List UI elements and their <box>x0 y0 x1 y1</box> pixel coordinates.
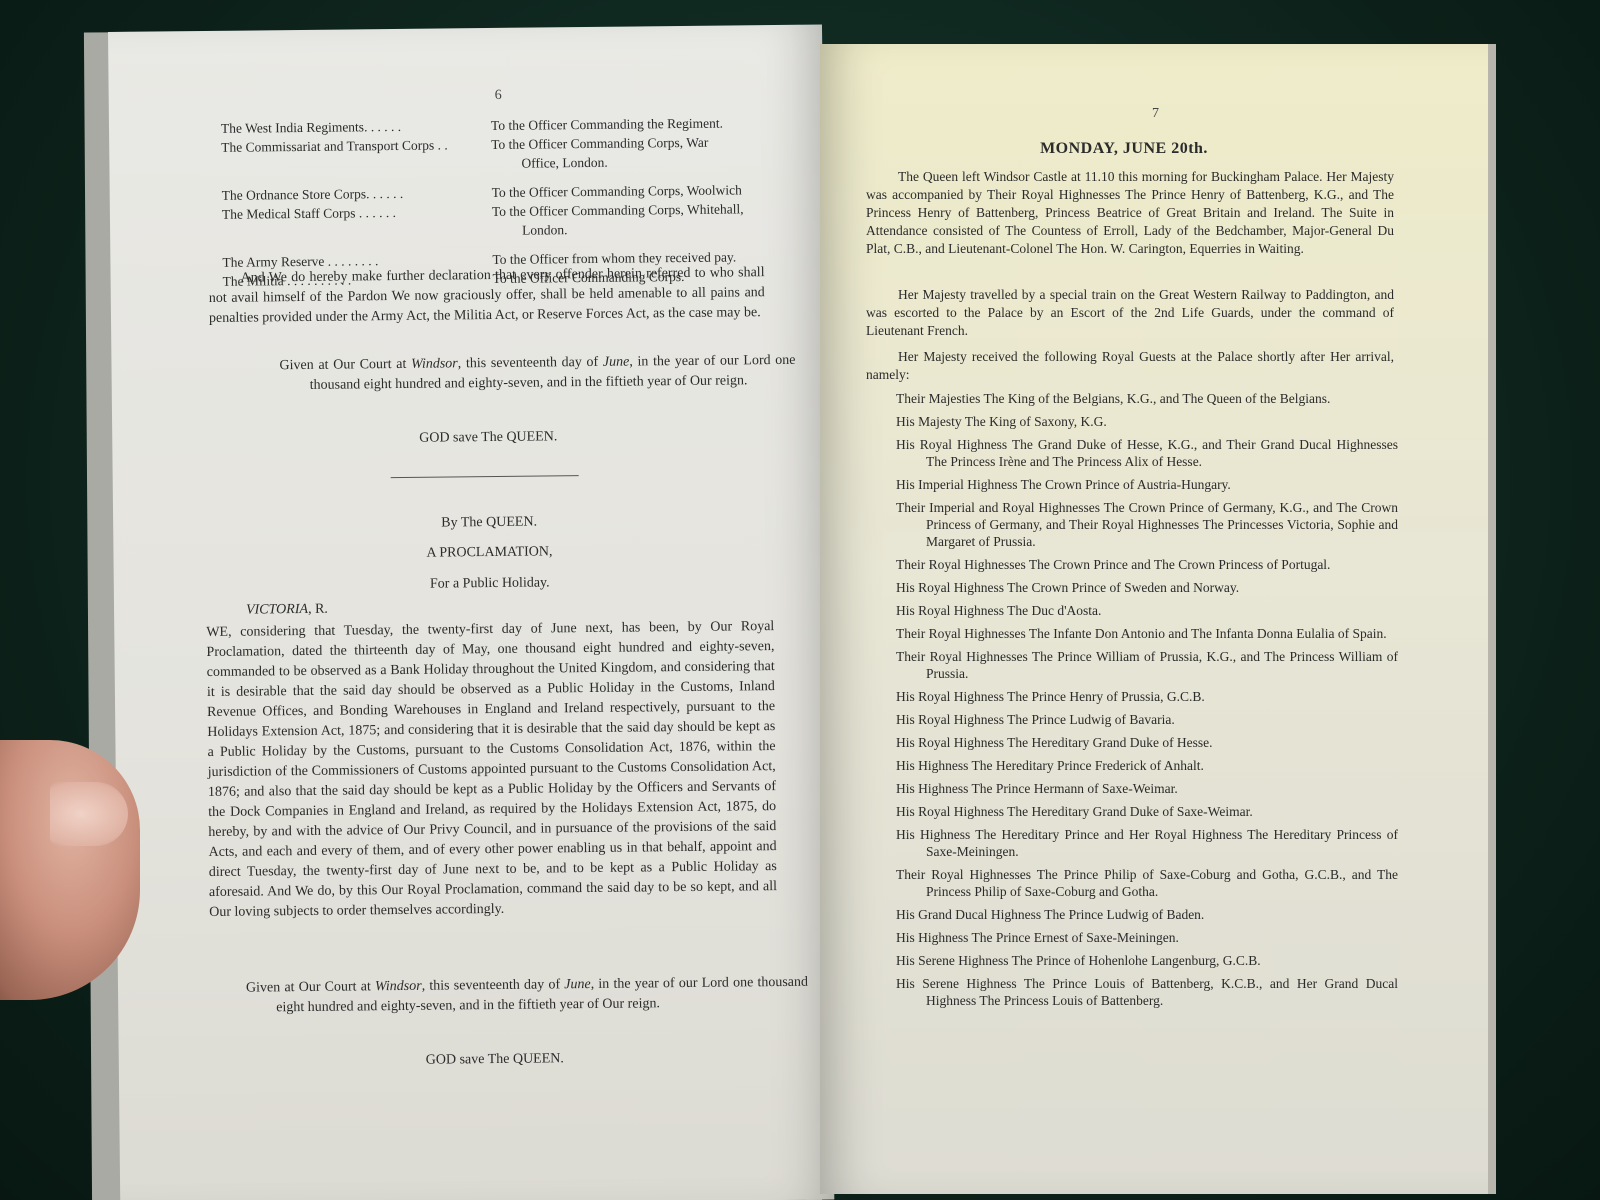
declaration-paragraph: And We do hereby make further declaratio… <box>208 263 765 329</box>
given-middle: , this seventeenth day of <box>422 977 565 993</box>
guests-intro-paragraph: Her Majesty received the following Royal… <box>866 348 1394 384</box>
guest-entry: His Royal Highness The Crown Prince of S… <box>896 579 1398 596</box>
given-middle: , this seventeenth day of <box>458 355 603 372</box>
signature-name: VICTORIA <box>246 602 308 618</box>
corps-address: To the Officer Commanding Corps, WarOffi… <box>491 132 773 173</box>
guest-entry: His Imperial Highness The Crown Prince o… <box>896 476 1398 493</box>
guest-entry: His Highness The Hereditary Prince Frede… <box>896 757 1398 774</box>
guest-entry: His Highness The Prince Ernest of Saxe-M… <box>896 929 1398 946</box>
page-number-left: 6 <box>495 88 502 104</box>
royal-guests-list: Their Majesties The King of the Belgians… <box>896 390 1398 1015</box>
corps-row: The Medical Staff Corps . . . . . . To t… <box>222 199 782 243</box>
left-page: 6 The West India Regiments. . . . . . To… <box>108 25 834 1200</box>
proclamation-subtitle: For a Public Holiday. <box>212 571 768 597</box>
guest-entry: His Serene Highness The Prince of Hohenl… <box>896 952 1398 969</box>
right-page: 7 MONDAY, JUNE 20th. The Queen left Wind… <box>820 44 1488 1194</box>
guest-entry: His Majesty The King of Saxony, K.G. <box>896 413 1398 430</box>
guest-entry: His Highness The Hereditary Prince and H… <box>896 826 1398 860</box>
given-month: June <box>603 355 630 370</box>
given-place: Windsor <box>411 356 458 371</box>
address-line: To the Officer Commanding Corps, War <box>491 135 708 152</box>
guest-entry: His Grand Ducal Highness The Prince Ludw… <box>896 906 1398 923</box>
section-divider <box>391 475 579 478</box>
address-continuation: Office, London. <box>491 151 773 173</box>
given-place: Windsor <box>375 979 422 994</box>
guest-entry: His Serene Highness The Prince Louis of … <box>896 975 1398 1009</box>
address-line: To the Officer Commanding the Regiment. <box>491 116 723 133</box>
guest-entry: His Royal Highness The Duc d'Aosta. <box>896 602 1398 619</box>
god-save-the-queen-2: GOD save The QUEEN. <box>217 1047 773 1073</box>
guest-entry: His Royal Highness The Hereditary Grand … <box>896 734 1398 751</box>
proclamation-body: WE, considering that Tuesday, the twenty… <box>206 617 777 923</box>
departure-paragraph: The Queen left Windsor Castle at 11.10 t… <box>866 168 1394 258</box>
travel-paragraph: Her Majesty travelled by a special train… <box>866 286 1394 340</box>
guest-entry: His Royal Highness The Prince Ludwig of … <box>896 711 1398 728</box>
by-the-queen: By The QUEEN. <box>211 510 767 536</box>
guest-entry: Their Royal Highnesses The Infante Don A… <box>896 625 1398 642</box>
guest-entry: His Royal Highness The Prince Henry of P… <box>896 688 1398 705</box>
guest-entry: Their Imperial and Royal Highnesses The … <box>896 499 1398 550</box>
given-prefix: Given at Our Court at <box>279 357 411 373</box>
guest-entry: Their Royal Highnesses The Prince Willia… <box>896 648 1398 682</box>
given-prefix: Given at Our Court at <box>246 979 375 995</box>
signature-suffix: , R. <box>308 602 328 617</box>
given-month: June <box>564 977 591 992</box>
proclamation-title: A PROCLAMATION, <box>211 540 767 566</box>
address-continuation: London. <box>492 218 774 240</box>
royal-signature: VICTORIA, R. <box>246 597 546 620</box>
date-heading: MONDAY, JUNE 20th. <box>790 140 1458 158</box>
address-line: To the Officer Commanding Corps, Woolwic… <box>492 182 742 200</box>
guest-entry: His Royal Highness The Hereditary Grand … <box>896 803 1398 820</box>
page-number-right: 7 <box>1152 106 1159 122</box>
guest-entry: Their Majesties The King of the Belgians… <box>896 390 1398 407</box>
thumbnail <box>50 782 128 846</box>
corps-row: The Commissariat and Transport Corps . .… <box>221 132 781 176</box>
given-at-court-2: Given at Our Court at Windsor, this seve… <box>246 973 808 1019</box>
guest-entry: Their Royal Highnesses The Prince Philip… <box>896 866 1398 900</box>
guest-entry: His Highness The Prince Hermann of Saxe-… <box>896 780 1398 797</box>
guest-entry: His Royal Highness The Grand Duke of Hes… <box>896 436 1398 470</box>
corps-unit: The Commissariat and Transport Corps . . <box>221 135 491 176</box>
corps-address: To the Officer Commanding Corps, Whiteha… <box>492 199 774 240</box>
corps-unit: The Medical Staff Corps . . . . . . <box>222 202 492 243</box>
god-save-the-queen-1: GOD save The QUEEN. <box>210 425 766 451</box>
guest-entry: Their Royal Highnesses The Crown Prince … <box>896 556 1398 573</box>
given-at-court-1: Given at Our Court at Windsor, this seve… <box>279 351 795 396</box>
address-line: To the Officer Commanding Corps, Whiteha… <box>492 201 744 219</box>
